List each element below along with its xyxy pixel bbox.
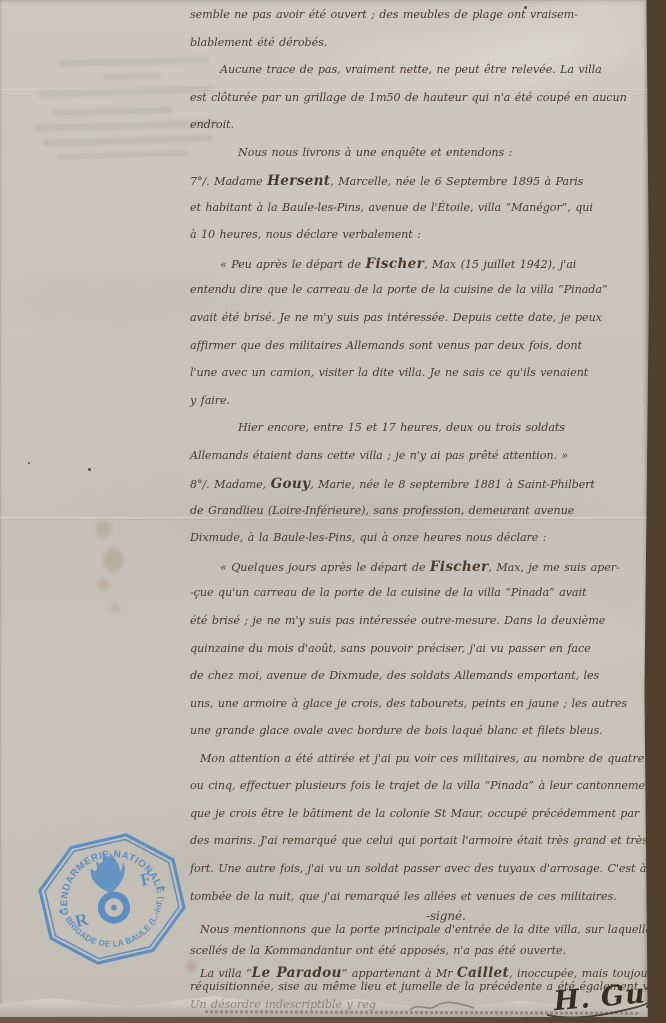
handwritten-line: affirmer que des militaires Allemands so…	[190, 339, 649, 367]
handwritten-text: 7°/. Madame	[190, 175, 267, 188]
handwritten-text: et habitant à la Baule-les-Pins, avenue …	[190, 201, 593, 214]
person-name: Hersent	[267, 173, 330, 189]
handwritten-text: Nous mentionnons que la porte principale…	[200, 923, 649, 936]
handwritten-text: Aucune trace de pas, vraiment nette, ne …	[220, 63, 602, 76]
handwritten-text: , Max (15 juillet 1942), j'ai	[424, 258, 576, 271]
stamp-outer-octagon	[32, 826, 192, 972]
dust-speck	[88, 468, 91, 471]
ink-scribble	[408, 998, 478, 1014]
handwritten-line: blablement été dérobés.	[190, 36, 649, 64]
handwritten-line: Mon attention a été attirée et j'ai pu v…	[190, 752, 649, 780]
handwritten-line: -çue qu'un carreau de la porte de la cui…	[190, 586, 649, 614]
handwritten-line: avait été brisé. Je ne m'y suis pas inté…	[190, 311, 649, 339]
handwritten-text: , Marcelle, née le 6 Septembre 1895 à Pa…	[330, 175, 583, 188]
document-page: semble ne pas avoir été ouvert ; des meu…	[0, 0, 649, 1017]
handwritten-line: à 10 heures, nous déclare verbalement :	[190, 228, 649, 256]
handwritten-line: semble ne pas avoir été ouvert ; des meu…	[190, 8, 649, 36]
handwritten-line: scellés de la Kommandantur ont été appos…	[190, 944, 649, 965]
handwritten-text: ” appartenant à Mr	[342, 967, 457, 980]
handwritten-line: Nous mentionnons que la porte principale…	[190, 923, 649, 944]
handwritten-text: uns, une armoire à glace je crois, des t…	[190, 697, 627, 710]
handwritten-text: avait été brisé. Je ne m'y suis pas inté…	[190, 311, 602, 324]
stain	[95, 520, 111, 538]
handwritten-line: ou cinq, effectuer plusieurs fois le tra…	[190, 779, 649, 807]
handwritten-text: des marins. J'ai remarqué que celui qui …	[190, 834, 648, 847]
handwritten-text: La villa “	[200, 967, 252, 980]
gendarmerie-stamp: GENDARMERIE NATIONALE BRIGADE DE LA BAUL…	[21, 815, 204, 983]
handwritten-line: est clôturée par un grillage de 1m50 de …	[190, 91, 649, 119]
handwritten-text: ou cinq, effectuer plusieurs fois le tra…	[190, 779, 649, 792]
handwritten-text: l'une avec un camion, visiter la dite vi…	[190, 366, 588, 379]
person-name: Le Paradou	[252, 965, 342, 981]
handwritten-text: -signé.	[426, 909, 466, 923]
handwritten-line: des marins. J'ai remarqué que celui qui …	[190, 834, 649, 862]
handwritten-text: , Max, je me suis aper-	[488, 561, 619, 574]
handwritten-line: 8°/. Madame, Gouy, Marie, née le 8 septe…	[190, 476, 649, 504]
handwritten-text: 8°/. Madame,	[190, 478, 271, 491]
handwritten-text: tombée de la nuit, que j'ai remarqué les…	[190, 890, 617, 903]
handwritten-line: Nous nous livrons à une enquête et enten…	[190, 146, 649, 174]
handwritten-text: Dixmude, à la Baule-les-Pins, qui à onze…	[190, 531, 546, 544]
handwritten-text: « Peu après le départ de	[220, 258, 366, 271]
handwritten-text: de chez moi, avenue de Dixmude, des sold…	[190, 669, 599, 682]
handwritten-line: -signé.	[426, 909, 649, 923]
handwritten-text: -çue qu'un carreau de la porte de la cui…	[190, 586, 586, 599]
handwritten-text: quinzaine du mois d'août, sans pouvoir p…	[190, 642, 591, 655]
dust-speck	[28, 462, 30, 464]
handwritten-line: uns, une armoire à glace je crois, des t…	[190, 697, 649, 725]
handwritten-line: Hier encore, entre 15 et 17 heures, deux…	[190, 421, 649, 449]
signature-text: H. Guy	[552, 977, 649, 1017]
manuscript: semble ne pas avoir été ouvert ; des meu…	[190, 8, 649, 1014]
handwritten-text: Hier encore, entre 15 et 17 heures, deux…	[238, 421, 565, 434]
handwritten-line: 7°/. Madame Hersent, Marcelle, née le 6 …	[190, 173, 649, 201]
person-name: Fischer	[366, 256, 425, 272]
handwritten-line: que je crois être le bâtiment de la colo…	[190, 807, 649, 835]
person-name: Gouy	[271, 476, 311, 492]
handwritten-text: semble ne pas avoir été ouvert ; des meu…	[190, 8, 578, 21]
handwritten-text: est clôturée par un grillage de 1m50 de …	[190, 91, 627, 104]
handwritten-line: été brisé ; je ne m'y suis pas intéressé…	[190, 614, 649, 642]
handwritten-text: y faire.	[190, 394, 230, 407]
handwritten-line: de Grandlieu (Loire-Inférieure), sans pr…	[190, 504, 649, 532]
person-name: Fischer	[430, 559, 489, 575]
handwritten-text: endroit.	[190, 118, 234, 131]
handwritten-line: fort. Une autre fois, j'ai vu un soldat …	[190, 862, 649, 890]
handwritten-text: blablement été dérobés.	[190, 36, 327, 49]
handwritten-text: Un désordre indescriptible y reg	[190, 998, 376, 1011]
handwritten-text: que je crois être le bâtiment de la colo…	[190, 807, 639, 820]
handwritten-text: Nous nous livrons à une enquête et enten…	[238, 146, 512, 159]
handwritten-line: endroit.	[190, 118, 649, 146]
handwritten-line: Aucune trace de pas, vraiment nette, ne …	[190, 63, 649, 91]
handwritten-text: à 10 heures, nous déclare verbalement :	[190, 228, 421, 241]
person-name: Caillet	[457, 965, 509, 981]
handwritten-text: Mon attention a été attirée et j'ai pu v…	[200, 752, 644, 765]
handwritten-line: La villa “Le Paradou” appartenant à Mr C…	[190, 965, 649, 980]
stain	[97, 578, 110, 592]
star-icon: ✦	[159, 883, 169, 895]
handwritten-line: Allemands étaient dans cette villa ; je …	[190, 449, 649, 477]
handwritten-line: « Peu après le départ de Fischer, Max (1…	[190, 256, 649, 284]
handwritten-line: quinzaine du mois d'août, sans pouvoir p…	[190, 642, 649, 670]
handwritten-text: « Quelques jours après le départ de	[220, 561, 430, 574]
handwritten-line: y faire.	[190, 394, 649, 422]
handwritten-text: fort. Une autre fois, j'ai vu un soldat …	[190, 862, 649, 875]
handwritten-text: été brisé ; je ne m'y suis pas intéressé…	[190, 614, 605, 627]
handwritten-text: entendu dire que le carreau de la porte …	[190, 283, 608, 296]
stain	[103, 548, 123, 572]
handwritten-text: une grande glace ovale avec bordure de b…	[190, 724, 603, 737]
handwritten-text: scellés de la Kommandantur ont été appos…	[190, 944, 566, 957]
handwritten-text: , Marie, née le 8 septembre 1881 à Saint…	[310, 478, 595, 491]
handwritten-line: entendu dire que le carreau de la porte …	[190, 283, 649, 311]
handwritten-text: Allemands étaient dans cette villa ; je …	[190, 449, 568, 462]
handwritten-line: l'une avec un camion, visiter la dite vi…	[190, 366, 649, 394]
handwritten-line: Dixmude, à la Baule-les-Pins, qui à onze…	[190, 531, 649, 559]
handwritten-text: affirmer que des militaires Allemands so…	[190, 339, 582, 352]
stain	[110, 602, 120, 613]
handwritten-text: de Grandlieu (Loire-Inférieure), sans pr…	[190, 504, 574, 517]
handwritten-line: une grande glace ovale avec bordure de b…	[190, 724, 649, 752]
handwritten-line: « Quelques jours après le départ de Fisc…	[190, 559, 649, 587]
handwritten-line: de chez moi, avenue de Dixmude, des sold…	[190, 669, 649, 697]
handwritten-line: et habitant à la Baule-les-Pins, avenue …	[190, 201, 649, 229]
